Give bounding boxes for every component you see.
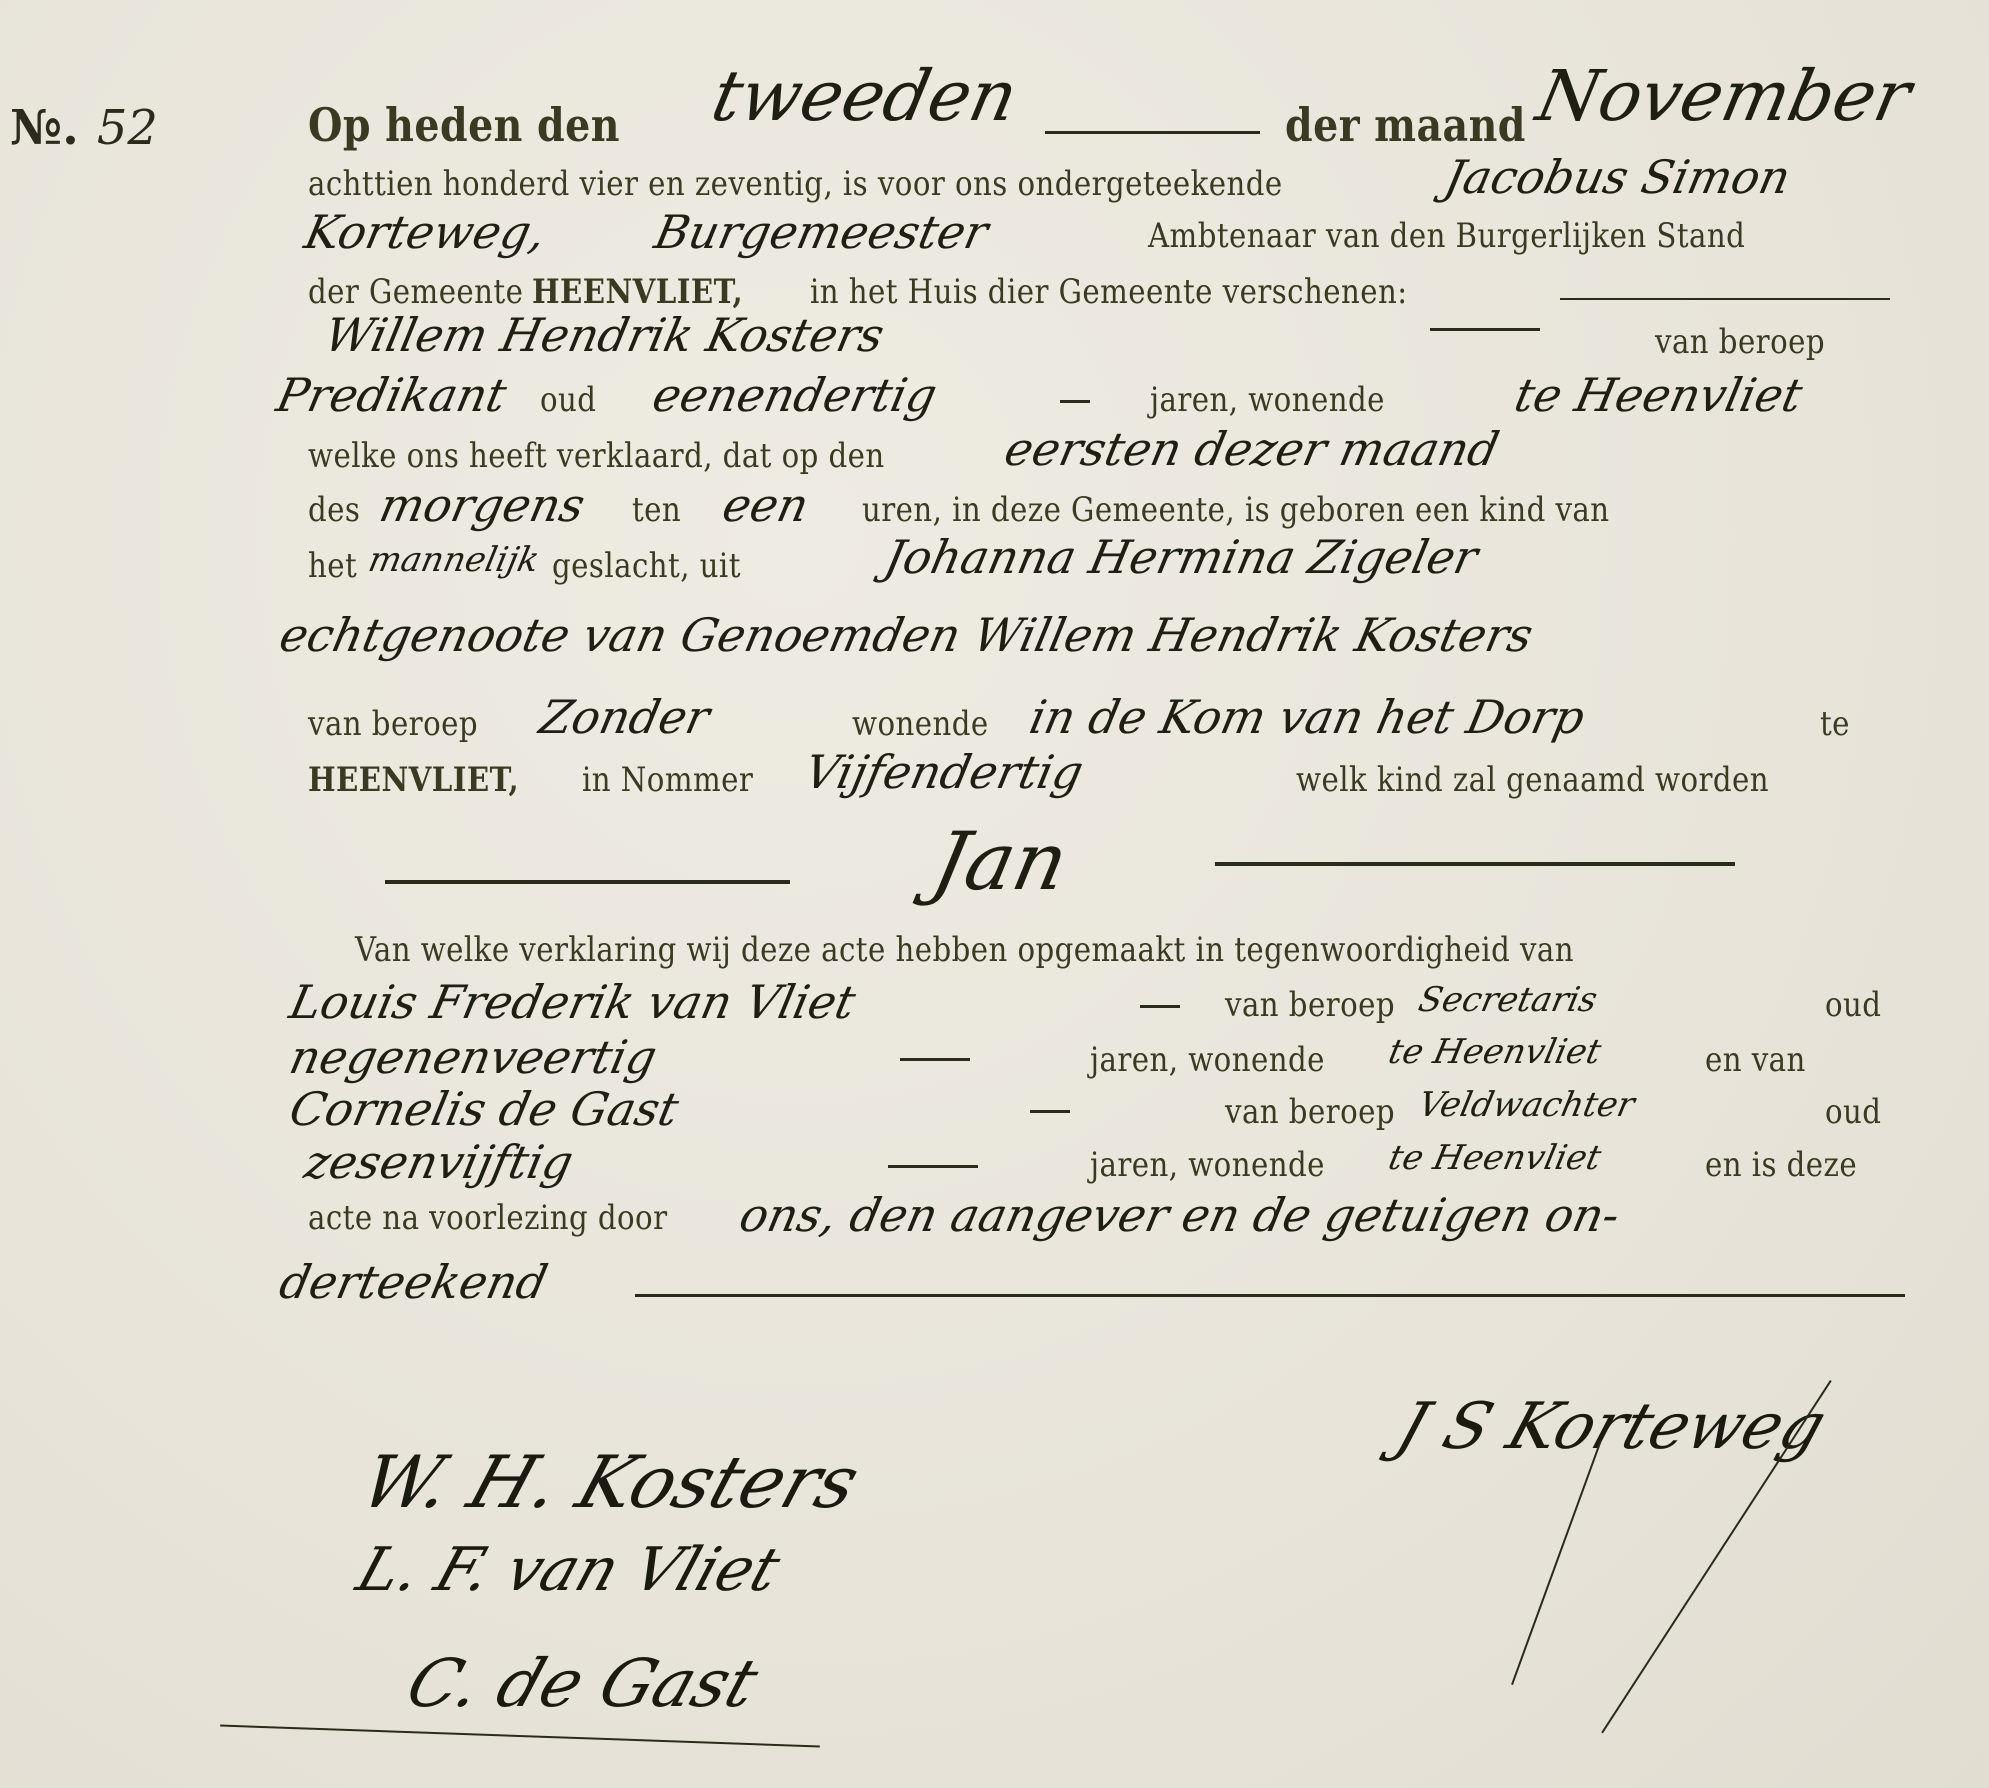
hand-hour: een [718, 478, 814, 532]
hand-mother-occupation: Zonder [535, 690, 714, 744]
hand-declarant-age: eenendertig [648, 368, 942, 422]
hand-sex: mannelijk [365, 540, 543, 580]
hand-time-of-day: morgens [375, 478, 590, 532]
printed-line-4: in het Huis dier Gemeente verschenen: [810, 272, 1408, 312]
printed-des: des [308, 490, 360, 530]
printed-line-19: acte na voorlezing door [308, 1198, 667, 1238]
blank-rule [1560, 298, 1890, 300]
printed-jaren-wonende: jaren, wonende [1150, 380, 1385, 420]
printed-line-3: Ambtenaar van den Burgerlijken Stand [1148, 216, 1745, 256]
printed-van-beroep: van beroep [1655, 322, 1825, 362]
signature-declarant: W. H. Kosters [351, 1440, 869, 1524]
printed-line-7: welke ons heeft verklaard, dat op den [308, 436, 885, 476]
printed-jaren-wonende: jaren, wonende [1090, 1145, 1325, 1185]
hand-witness1-residence: te Heenvliet [1385, 1032, 1605, 1072]
printed-van-beroep: van beroep [1225, 1092, 1395, 1132]
hand-registrar-surname: Korteweg, [300, 205, 551, 259]
hand-month: November [1530, 55, 1918, 137]
printed-oud: oud [1825, 985, 1881, 1025]
closing-rule [635, 1294, 1905, 1297]
printed-wonende: wonende [852, 704, 989, 744]
hand-registrar-title: Burgemeester [650, 205, 993, 259]
printed-te: te [1820, 704, 1850, 744]
hand-day: tweeden [705, 55, 1025, 137]
signature-witness2: C. de Gast [397, 1645, 767, 1722]
hand-declarant-occupation: Predikant [272, 368, 511, 422]
name-rule-left [385, 880, 790, 884]
printed-in-nommer: in Nommer [582, 760, 753, 800]
signature-witness1: L. F. van Vliet [349, 1535, 789, 1605]
dash-rule [1030, 1110, 1070, 1113]
hand-declarant-name: Willem Hendrik Kosters [320, 308, 889, 362]
printed-en-is-deze: en is deze [1705, 1145, 1857, 1185]
hand-witness1-occupation: Secretaris [1415, 980, 1601, 1020]
hand-witness1-name: Louis Frederik van Vliet [285, 975, 860, 1029]
printed-der-maand: der maand [1285, 98, 1526, 152]
printed-jaren-wonende: jaren, wonende [1090, 1040, 1325, 1080]
record-number: №.52 [10, 100, 158, 156]
hand-mother-name: Johanna Hermina Zigeler [880, 530, 1483, 584]
printed-line-2: achttien honderd vier en zeventig, is vo… [308, 164, 1283, 204]
hand-registrar-firstnames: Jacobus Simon [1440, 150, 1795, 204]
printed-line-8: uren, in deze Gemeente, is geboren een k… [862, 490, 1610, 530]
hand-witness2-occupation: Veldwachter [1415, 1085, 1638, 1125]
dash-rule [1060, 400, 1090, 403]
hand-mother-residence: in de Kom van het Dorp [1025, 690, 1589, 744]
dash-rule [1430, 328, 1540, 331]
hand-signed-word: derteekend [275, 1255, 552, 1309]
blank-rule [1045, 131, 1260, 134]
printed-op-heden: Op heden den [308, 98, 620, 152]
hand-birth-date: eersten dezer maand [1000, 422, 1504, 476]
printed-town: HEENVLIET, [308, 760, 519, 800]
printed-ten: ten [632, 490, 681, 530]
civil-record-page: №.52 Op heden den tweeden der maand Nove… [0, 0, 1989, 1788]
signature-registrar-stroke [1511, 1440, 1602, 1685]
dash-rule [900, 1058, 970, 1061]
hand-child-name: Jan [925, 815, 1076, 908]
dash-rule [888, 1165, 978, 1168]
hand-witness1-age: negenenveertig [285, 1030, 662, 1084]
hand-witness2-residence: te Heenvliet [1385, 1138, 1605, 1178]
printed-oud: oud [1825, 1092, 1881, 1132]
hand-declarant-residence: te Heenvliet [1510, 368, 1807, 422]
name-rule-right [1215, 862, 1735, 866]
printed-town: HEENVLIET, [532, 272, 743, 312]
number-value: 52 [97, 100, 158, 156]
printed-en-van: en van [1705, 1040, 1806, 1080]
hand-house-number: Vijfendertig [800, 745, 1088, 799]
hand-witness2-age: zesenvijftig [300, 1135, 578, 1189]
signature-flourish [220, 1725, 820, 1748]
hand-mother-spouse: echtgenoote van Genoemden Willem Hendrik… [275, 608, 1538, 662]
hand-witness2-name: Cornelis de Gast [285, 1082, 683, 1136]
printed-line-12: welk kind zal genaamd worden [1296, 760, 1769, 800]
hand-signing-parties: ons, den aangever en de getuigen on- [735, 1188, 1625, 1242]
printed-geslacht-uit: geslacht, uit [552, 546, 741, 586]
signature-registrar: J S Korteweg [1388, 1390, 1835, 1464]
printed-van-beroep: van beroep [308, 704, 478, 744]
number-label: №. [10, 100, 79, 156]
printed-line-14: Van welke verklaring wij deze acte hebbe… [355, 930, 1574, 970]
printed-van-beroep: van beroep [1225, 985, 1395, 1025]
printed-oud: oud [540, 380, 596, 420]
printed-der-gemeente: der Gemeente [308, 272, 523, 312]
dash-rule [1140, 1005, 1180, 1008]
printed-het: het [308, 546, 357, 586]
